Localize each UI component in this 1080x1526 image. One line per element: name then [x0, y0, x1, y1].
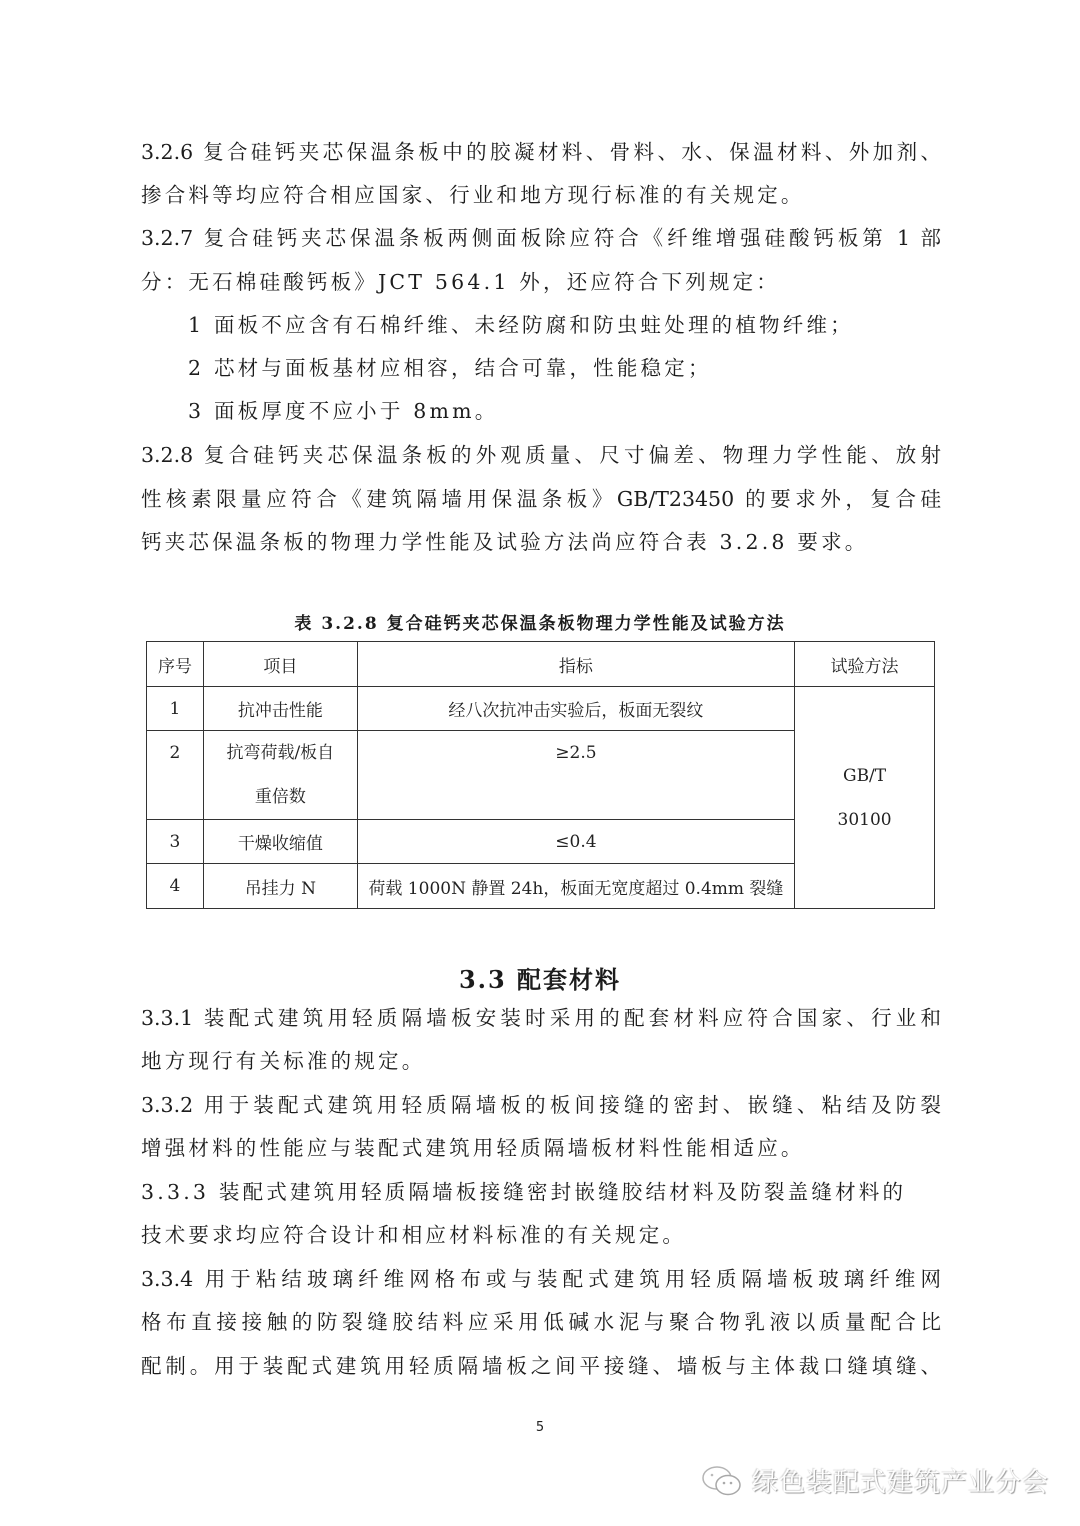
paragraph-3-2-6-line-2: 掺合料等均应符合相应国家、行业和地方现行标准的有关规定。 [141, 185, 941, 206]
cell-item: 干燥收缩值 [203, 820, 357, 864]
paragraph-3-2-7-line-2: 分：无石棉硅酸钙板》JCT 564.1 外，还应符合下列规定： [141, 272, 941, 293]
cell-item: 抗冲击性能 [203, 687, 357, 731]
cell-item-line-1: 抗弯荷载/板自 [204, 731, 357, 775]
paragraph-3-3-1-line-1: 3.3.1 装配式建筑用轻质隔墙板安装时采用的配套材料应符合国家、行业和 [141, 1008, 941, 1029]
cell-item: 吊挂力 N [203, 864, 357, 909]
page-number: 5 [0, 1420, 1080, 1435]
cell-no: 4 [147, 864, 204, 909]
cell-spec: ≤0.4 [357, 820, 794, 864]
header-item: 项目 [203, 642, 357, 687]
watermark-text: 绿色装配式建筑产业分会 [752, 1462, 1049, 1499]
paragraph-3-3-4-line-3: 配制。用于装配式建筑用轻质隔墙板之间平接缝、墙板与主体裁口缝填缝、 [141, 1356, 941, 1377]
paragraph-3-2-8-line-2: 性核素限量应符合《建筑隔墙用保温条板》GB/T23450 的要求外，复合硅 [141, 489, 941, 510]
watermark: 绿色装配式建筑产业分会 [700, 1462, 1049, 1499]
paragraph-3-2-6-line-1: 3.2.6 复合硅钙夹芯保温条板中的胶凝材料、骨料、水、保温材料、外加剂、 [141, 142, 941, 163]
cell-item-line-2: 重倍数 [204, 775, 357, 819]
paragraph-3-3-4-line-1: 3.3.4 用于粘结玻璃纤维网格布或与装配式建筑用轻质隔墙板玻璃纤维网 [141, 1269, 941, 1290]
cell-item: 抗弯荷载/板自 重倍数 [203, 731, 357, 820]
method-line-2: 30100 [795, 798, 934, 842]
table-header-row: 序号 项目 指标 试验方法 [147, 642, 935, 687]
paragraph-3-2-8-line-3: 钙夹芯保温条板的物理力学性能及试验方法尚应符合表 3.2.8 要求。 [141, 532, 941, 553]
header-no: 序号 [147, 642, 204, 687]
paragraph-3-3-3-line-1: 3.3.3 装配式建筑用轻质隔墙板接缝密封嵌缝胶结材料及防裂盖缝材料的 [141, 1182, 941, 1203]
spec-table: 序号 项目 指标 试验方法 1 抗冲击性能 经八次抗冲击实验后，板面无裂纹 GB… [146, 641, 935, 909]
paragraph-3-3-1-line-2: 地方现行有关标准的规定。 [141, 1051, 941, 1072]
cell-no: 3 [147, 820, 204, 864]
list-item-1: 1 面板不应含有石棉纤维、未经防腐和防虫蛀处理的植物纤维； [188, 315, 988, 336]
paragraph-3-3-4-line-2: 格布直接接触的防裂缝胶结料应采用低碱水泥与聚合物乳液以质量配合比 [141, 1312, 941, 1333]
list-item-3: 3 面板厚度不应小于 8mm。 [188, 401, 988, 422]
section-title: 3.3 配套材料 [140, 960, 940, 995]
list-item-2: 2 芯材与面板基材应相容，结合可靠，性能稳定； [188, 358, 988, 379]
cell-spec: 荷载 1000N 静置 24h，板面无宽度超过 0.4mm 裂缝 [357, 864, 794, 909]
table-row: 1 抗冲击性能 经八次抗冲击实验后，板面无裂纹 GB/T 30100 [147, 687, 935, 731]
cell-no: 2 [147, 731, 204, 820]
paragraph-3-3-2-line-1: 3.3.2 用于装配式建筑用轻质隔墙板的板间接缝的密封、嵌缝、粘结及防裂 [141, 1095, 941, 1116]
paragraph-3-2-8-line-1: 3.2.8 复合硅钙夹芯保温条板的外观质量、尺寸偏差、物理力学性能、放射 [141, 445, 941, 466]
wechat-icon [700, 1465, 744, 1497]
cell-no: 1 [147, 687, 204, 731]
paragraph-3-2-7-line-1: 3.2.7 复合硅钙夹芯保温条板两侧面板除应符合《纤维增强硅酸钙板第 1 部 [141, 228, 941, 249]
header-method: 试验方法 [795, 642, 935, 687]
cell-spec: ≥2.5 [357, 731, 794, 820]
table-caption: 表 3.2.8 复合硅钙夹芯保温条板物理力学性能及试验方法 [140, 609, 940, 634]
cell-method: GB/T 30100 [795, 687, 935, 909]
method-line-1: GB/T [795, 754, 934, 798]
paragraph-3-3-2-line-2: 增强材料的性能应与装配式建筑用轻质隔墙板材料性能相适应。 [141, 1138, 941, 1159]
header-spec: 指标 [357, 642, 794, 687]
paragraph-3-3-3-line-2: 技术要求均应符合设计和相应材料标准的有关规定。 [141, 1225, 941, 1246]
cell-spec: 经八次抗冲击实验后，板面无裂纹 [357, 687, 794, 731]
